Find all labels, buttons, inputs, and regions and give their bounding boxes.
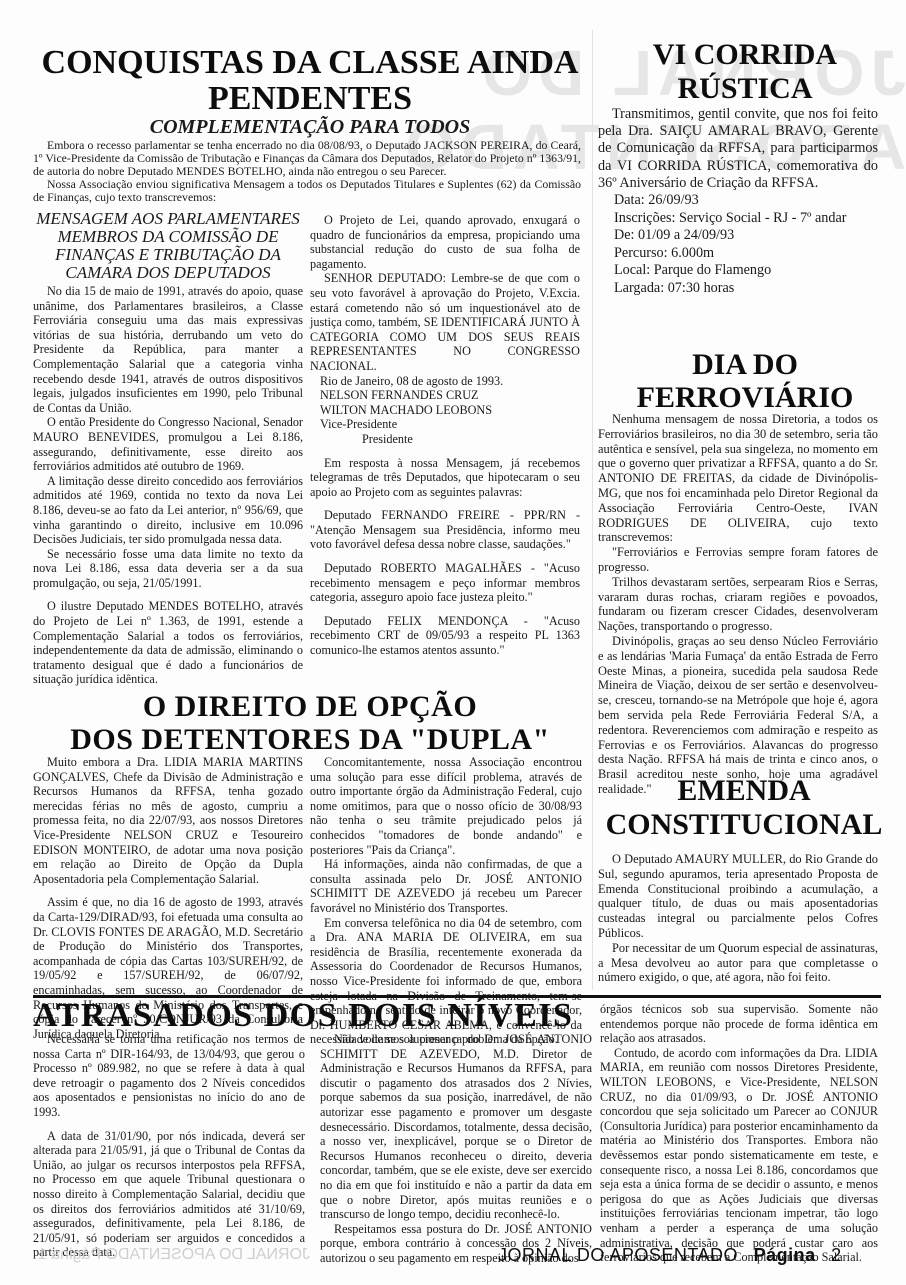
event-location: Local: Parque do Flamengo bbox=[614, 262, 878, 280]
paragraph: A limitação desse direito concedido aos … bbox=[33, 474, 303, 547]
paragraph: órgãos técnicos sob sua supervisão. Some… bbox=[600, 1002, 878, 1046]
paragraph: Contudo, de acordo com informações da Dr… bbox=[600, 1046, 878, 1265]
paragraph: Necessária se torna uma retificação nos … bbox=[33, 1032, 305, 1120]
page-footer: JORNAL DO APOSENTADO Página 2 bbox=[498, 1245, 842, 1266]
paragraph: Por necessitar de um Quorum especial de … bbox=[598, 941, 878, 985]
corrida-title-line2: RÚSTICA bbox=[600, 74, 890, 104]
signature-role: Presidente bbox=[310, 432, 580, 447]
opcao-title-line2: DOS DETENTORES DA "DUPLA" bbox=[30, 725, 590, 755]
bleed-through-footer: JORNAL DO APOSENTADO Página 1 bbox=[20, 1246, 310, 1264]
message-title: CAMARA DOS DEPUTADOS bbox=[33, 263, 303, 282]
emenda-title-line2: CONSTITUCIONAL bbox=[594, 810, 894, 840]
atrasados-title: ATRASADOS DOS DOIS NÍVEIS bbox=[33, 999, 573, 1033]
event-period: De: 01/09 a 24/09/93 bbox=[614, 227, 878, 245]
emenda-body: O Deputado AMAURY MULLER, do Rio Grande … bbox=[598, 852, 878, 985]
paragraph: Embora o recesso parlamentar se tenha en… bbox=[33, 139, 581, 178]
signature-place-date: Rio de Janeiro, 08 de agosto de 1993. bbox=[310, 374, 580, 389]
event-registration: Inscrições: Serviço Social - RJ - 7º and… bbox=[614, 210, 878, 228]
signature-name: WILTON MACHADO LEOBONS bbox=[310, 403, 580, 418]
publication-name: JORNAL DO APOSENTADO bbox=[498, 1245, 738, 1265]
paragraph: Há informações, ainda não confirmadas, d… bbox=[310, 857, 582, 915]
conquistas-title-line1: CONQUISTAS DA CLASSE AINDA bbox=[30, 46, 590, 80]
paragraph: O ilustre Deputado MENDES BOTELHO, atrav… bbox=[33, 599, 303, 687]
conquistas-mid-column: O Projeto de Lei, quando aprovado, enxug… bbox=[310, 213, 580, 658]
conquistas-intro: Embora o recesso parlamentar se tenha en… bbox=[33, 139, 581, 204]
deputy-response: Deputado FERNANDO FREIRE - PPR/RN - "Ate… bbox=[310, 508, 580, 552]
paragraph: Se necessário fosse uma data limite no t… bbox=[33, 547, 303, 591]
emenda-title-line1: EMENDA bbox=[594, 776, 894, 806]
paragraph: No dia 15 de maio de 1991, através do ap… bbox=[33, 284, 303, 415]
event-date: Data: 26/09/93 bbox=[614, 192, 878, 210]
dia-title-line1: DIA DO bbox=[600, 350, 890, 380]
dia-body: Nenhuma mensagem de nossa Diretoria, a t… bbox=[598, 412, 878, 797]
signature-name: NELSON FERNANDES CRUZ bbox=[310, 388, 580, 403]
message-title: MENSAGEM AOS PARLAMENTARES bbox=[33, 209, 303, 228]
paragraph: O Deputado AMAURY MULLER, do Rio Grande … bbox=[598, 852, 878, 941]
paragraph: "Ferroviários e Ferrovias sempre foram f… bbox=[598, 545, 878, 575]
atrasados-left-column: Necessária se torna uma retificação nos … bbox=[33, 1032, 305, 1260]
conquistas-subtitle: COMPLEMENTAÇÃO PARA TODOS bbox=[30, 116, 590, 139]
corrida-body: Transmitimos, gentil convite, que nos fo… bbox=[598, 106, 878, 297]
opcao-title-line1: O DIREITO DE OPÇÃO bbox=[30, 692, 590, 722]
paragraph: O então Presidente do Congresso Nacional… bbox=[33, 415, 303, 473]
paragraph: Muito embora a Dra. LIDIA MARIA MARTINS … bbox=[33, 755, 303, 886]
conquistas-title-line2: PENDENTES bbox=[30, 82, 590, 116]
paragraph: Trilhos devastaram sertões, serpearam Ri… bbox=[598, 575, 878, 634]
paragraph: Concomitantemente, nossa Associação enco… bbox=[310, 755, 582, 857]
page-label: Página bbox=[754, 1245, 816, 1265]
message-title: MEMBROS DA COMISSÃO DE bbox=[33, 227, 303, 246]
deputy-response: Deputado FELIX MENDONÇA - "Acuso recebim… bbox=[310, 614, 580, 658]
atrasados-right-column: órgãos técnicos sob sua supervisão. Some… bbox=[600, 1002, 878, 1265]
corrida-title-line1: VI CORRIDA bbox=[600, 40, 890, 70]
event-start-time: Largada: 07:30 horas bbox=[614, 280, 878, 298]
column-divider bbox=[592, 30, 593, 990]
paragraph: SENHOR DEPUTADO: Lembre-se de que com o … bbox=[310, 271, 580, 373]
paragraph: O Projeto de Lei, quando aprovado, enxug… bbox=[310, 213, 580, 271]
page-number: 2 bbox=[831, 1245, 842, 1265]
paragraph: Nenhuma mensagem de nossa Diretoria, a t… bbox=[598, 412, 878, 545]
paragraph: Em resposta à nossa Mensagem, já recebem… bbox=[310, 456, 580, 500]
paragraph: A data de 31/01/90, por nós indicada, de… bbox=[33, 1129, 305, 1260]
signature-role: Vice-Presidente bbox=[310, 417, 580, 432]
paragraph: Transmitimos, gentil convite, que nos fo… bbox=[598, 106, 878, 192]
paragraph: Não voltamos à presença do Dr. JOSÉ ANTO… bbox=[320, 1032, 592, 1222]
paragraph: Divinópolis, graças ao seu denso Núcleo … bbox=[598, 634, 878, 797]
dia-title-line2: FERROVIÁRIO bbox=[600, 383, 890, 413]
paragraph: Nossa Associação enviou significativa Me… bbox=[33, 178, 581, 204]
message-title: FINANÇAS E TRIBUTAÇÃO DA bbox=[33, 245, 303, 264]
conquistas-left-column: MENSAGEM AOS PARLAMENTARES MEMBROS DA CO… bbox=[33, 209, 303, 687]
deputy-response: Deputado ROBERTO MAGALHÃES - "Acuso rece… bbox=[310, 561, 580, 605]
atrasados-mid-column: Não voltamos à presença do Dr. JOSÉ ANTO… bbox=[320, 1032, 592, 1266]
event-distance: Percurso: 6.000m bbox=[614, 245, 878, 263]
